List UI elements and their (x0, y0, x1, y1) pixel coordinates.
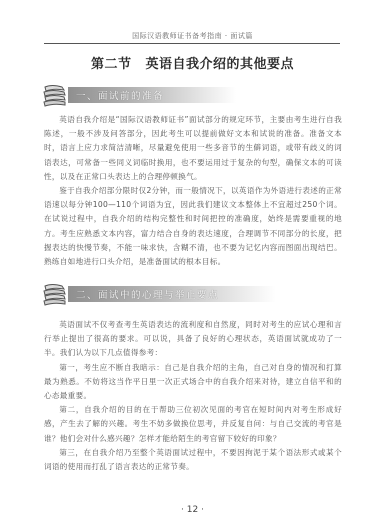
subsection-title: 一、面试前的准备 (76, 88, 164, 102)
paragraph: 英语自我介绍是“国际汉语教师证书”面试部分的规定环节，主要由考生进行自我陈述，一… (44, 113, 342, 184)
subsection-title: 二、面试中的心理与举止要点 (76, 287, 219, 301)
paragraph: 英语面试不仅考查考生英语表达的流利度和自然度，同时对考生的应试心理和言行举止提出… (44, 318, 342, 361)
running-head: 国际汉语教师证书备考指南 · 面试篇 (0, 31, 385, 41)
subsection-heading-2: 二、面试中的心理与举止要点 (42, 285, 276, 303)
stacked-books-icon (42, 83, 70, 107)
section-heading: 英语自我介绍的其他要点 (146, 57, 295, 72)
subsection-body-2: 英语面试不仅考查考生英语表达的流利度和自然度，同时对考生的应试心理和言行举止提出… (44, 318, 342, 474)
paragraph: 第一，考生应不断自我暗示：自己是自我介绍的主角，自己对自身的情况和打算最为熟悉。… (44, 361, 342, 404)
subsection-heading-1: 一、面试前的准备 (42, 86, 236, 104)
paragraph: 鉴于自我介绍部分限时仅2分钟，而一般情况下，以英语作为外语进行表述的正常语速以每… (44, 184, 342, 269)
paragraph: 第三，在自我介绍乃至整个英语面试过程中，不要因拘泥于某个语法形式或某个词语的使用… (44, 446, 342, 474)
section-title: 第二节英语自我介绍的其他要点 (0, 53, 385, 72)
paragraph: 第二，自我介绍的目的在于帮助三位初次见面的考官在短时间内对考生形成好感，产生去了… (44, 403, 342, 446)
page-number: · 12 · (0, 505, 385, 515)
stacked-books-icon (42, 282, 70, 306)
header-rule (44, 43, 340, 44)
section-number: 第二节 (91, 57, 132, 72)
subsection-body-1: 英语自我介绍是“国际汉语教师证书”面试部分的规定环节，主要由考生进行自我陈述，一… (44, 113, 342, 269)
